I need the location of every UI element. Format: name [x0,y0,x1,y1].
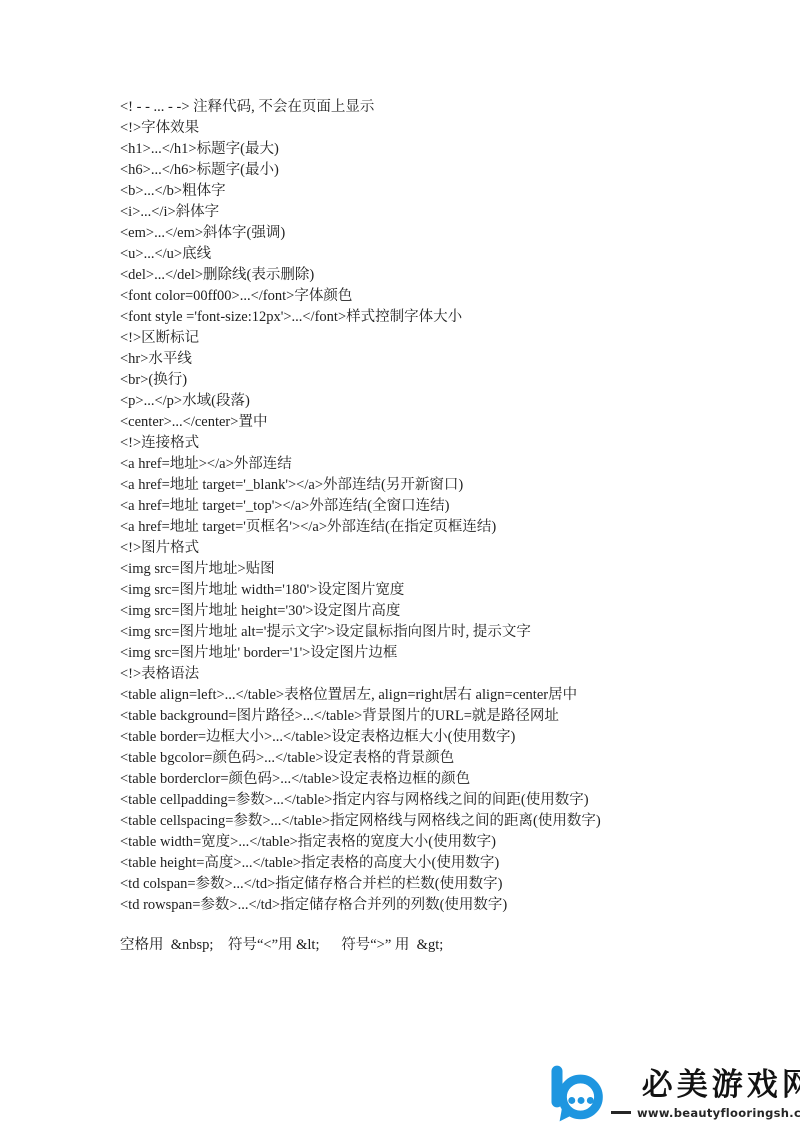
text-line: <img src=图片地址 height='30'>设定图片高度 [120,601,601,622]
text-line: <img src=图片地址' border='1'>设定图片边框 [120,643,601,664]
text-line: <table cellpadding=参数>...</table>指定内容与网格… [120,790,601,811]
text-line: <a href=地址></a>外部连结 [120,454,601,475]
site-name: 必美游戏网 [642,1069,800,1102]
text-line: <br>(换行) [120,370,601,391]
text-line: <font style ='font-size:12px'>...</font>… [120,307,601,328]
text-line: <u>...</u>底线 [120,244,601,265]
site-watermark: 必美游戏网 www.beautyflooringsh.com [548,1065,800,1122]
text-line: <center>...</center>置中 [120,412,601,433]
document-page: <! - - ... - -> 注释代码, 不会在页面上显示<!>字体效果<h1… [0,0,800,1132]
text-line: <img src=图片地址 width='180'>设定图片宽度 [120,580,601,601]
text-line: <a href=地址 target='页框名'></a>外部连结(在指定页框连结… [120,517,601,538]
document-lines: <! - - ... - -> 注释代码, 不会在页面上显示<!>字体效果<h1… [120,97,601,916]
site-url: www.beautyflooringsh.com [637,1106,800,1120]
text-line: <!>连接格式 [120,433,601,454]
text-line: <p>...</p>水域(段落) [120,391,601,412]
text-line: <!>区断标记 [120,328,601,349]
entities-note: 空格用 &nbsp; 符号“<”用 &lt; 符号“>” 用 &gt; [120,935,601,956]
text-line: <td rowspan=参数>...</td>指定储存格合并列的列数(使用数字) [120,895,601,916]
text-line: <em>...</em>斜体字(强调) [120,223,601,244]
text-line: <td colspan=参数>...</td>指定储存格合并栏的栏数(使用数字) [120,874,601,895]
text-line: <h6>...</h6>标题字(最小) [120,160,601,181]
text-line: <!>字体效果 [120,118,601,139]
document-body: <! - - ... - -> 注释代码, 不会在页面上显示<!>字体效果<h1… [120,97,601,956]
text-line: <font color=00ff00>...</font>字体颜色 [120,286,601,307]
site-url-row: www.beautyflooringsh.com [611,1106,800,1120]
text-line: <h1>...</h1>标题字(最大) [120,139,601,160]
text-line: <table cellspacing=参数>...</table>指定网格线与网… [120,811,601,832]
text-line: <del>...</del>删除线(表示删除) [120,265,601,286]
text-line: <hr>水平线 [120,349,601,370]
text-line: <!>图片格式 [120,538,601,559]
text-line: <table border=边框大小>...</table>设定表格边框大小(使… [120,727,601,748]
text-line: <table align=left>...</table>表格位置居左, ali… [120,685,601,706]
text-line: <b>...</b>粗体字 [120,181,601,202]
text-line: <table background=图片路径>...</table>背景图片的U… [120,706,601,727]
speech-bubble-b-icon [548,1065,606,1122]
text-line: <a href=地址 target='_top'></a>外部连结(全窗口连结) [120,496,601,517]
text-line: <a href=地址 target='_blank'></a>外部连结(另开新窗… [120,475,601,496]
text-line: <table width=宽度>...</table>指定表格的宽度大小(使用数… [120,832,601,853]
text-line: <! - - ... - -> 注释代码, 不会在页面上显示 [120,97,601,118]
text-line: <!>表格语法 [120,664,601,685]
left-dash [611,1111,631,1114]
text-line: <table bgcolor=颜色码>...</table>设定表格的背景颜色 [120,748,601,769]
watermark-text-column: 必美游戏网 www.beautyflooringsh.com [611,1065,800,1120]
text-line: <i>...</i>斜体字 [120,202,601,223]
text-line: <img src=图片地址>贴图 [120,559,601,580]
text-line: <table height=高度>...</table>指定表格的高度大小(使用… [120,853,601,874]
text-line: <img src=图片地址 alt='提示文字'>设定鼠标指向图片时, 提示文字 [120,622,601,643]
text-line: <table borderclor=颜色码>...</table>设定表格边框的… [120,769,601,790]
